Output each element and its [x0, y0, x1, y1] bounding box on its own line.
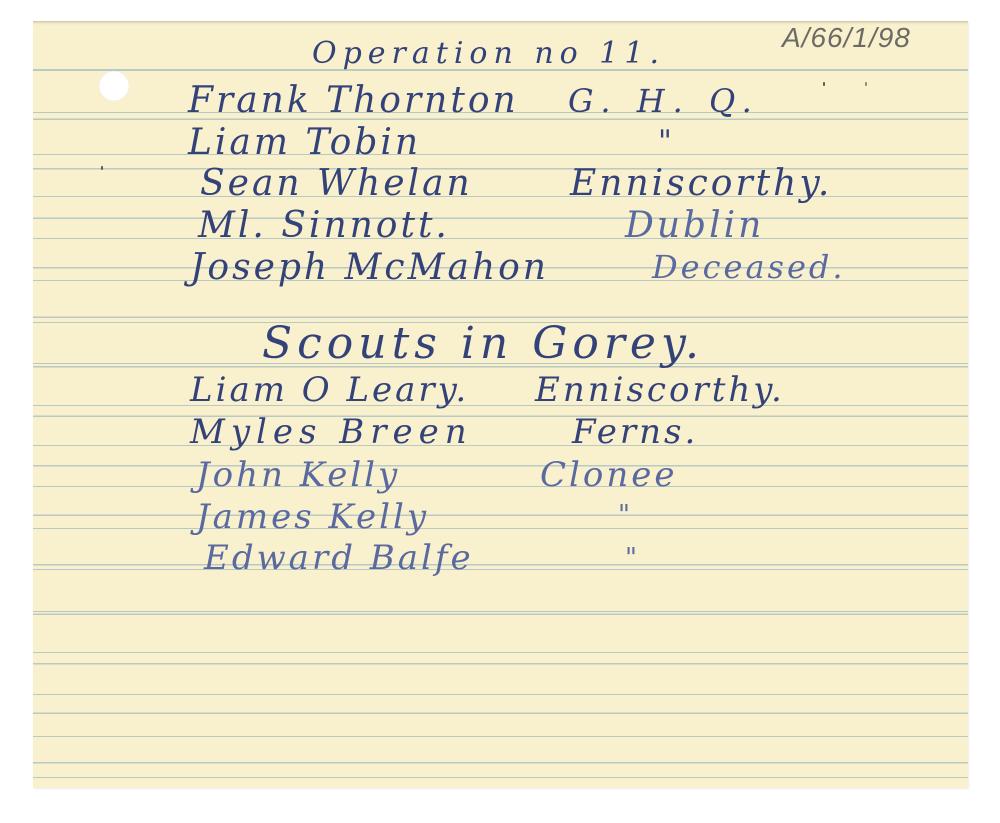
- entry-location: Ferns.: [572, 412, 698, 452]
- entry-name: Liam O Leary.: [190, 370, 469, 410]
- ruled-line: [33, 777, 968, 778]
- paper-mark: [823, 82, 825, 86]
- ruled-line: [33, 694, 968, 695]
- ruled-line: [33, 445, 968, 446]
- entry-name: Myles Breen: [190, 412, 473, 452]
- entry-location: ": [618, 500, 633, 530]
- paper-mark: [101, 166, 103, 170]
- ruled-line: [33, 569, 968, 570]
- entry-name: John Kelly: [196, 455, 400, 495]
- ruled-line: [33, 154, 968, 155]
- entry-name: James Kelly: [196, 497, 429, 537]
- entry-location: Deceased.: [652, 248, 846, 286]
- ruled-line: [33, 611, 968, 612]
- ruled-line: [33, 238, 968, 239]
- entry-name: Frank Thornton: [188, 80, 519, 121]
- entry-name: Liam Tobin: [188, 122, 421, 163]
- section-heading: Scouts in Gorey.: [262, 318, 704, 369]
- lined-paper-sheet: [33, 21, 968, 788]
- entry-location: Enniscorthy.: [570, 163, 832, 204]
- entry-name: Joseph McMahon: [190, 247, 549, 288]
- entry-name: Edward Balfe: [204, 538, 474, 578]
- entry-name: Sean Whelan: [200, 163, 473, 204]
- ruled-line: [33, 486, 968, 487]
- ruled-line: [33, 405, 968, 406]
- punch-hole: [99, 71, 129, 101]
- entry-location: Dublin: [625, 205, 764, 246]
- ruled-line: [33, 528, 968, 529]
- entry-name: Ml. Sinnott.: [198, 205, 450, 246]
- document-title: Operation no 11.: [312, 36, 665, 71]
- entry-location: Clonee: [540, 455, 678, 495]
- reference-number: A/66/1/98: [782, 22, 911, 54]
- paper-mark: [865, 82, 867, 86]
- ruled-line: [33, 652, 968, 653]
- entry-location: G. H. Q.: [568, 82, 760, 120]
- ruled-line: [33, 736, 968, 737]
- entry-location: ": [658, 124, 675, 159]
- entry-location: ": [625, 543, 640, 573]
- entry-location: Enniscorthy.: [535, 370, 785, 410]
